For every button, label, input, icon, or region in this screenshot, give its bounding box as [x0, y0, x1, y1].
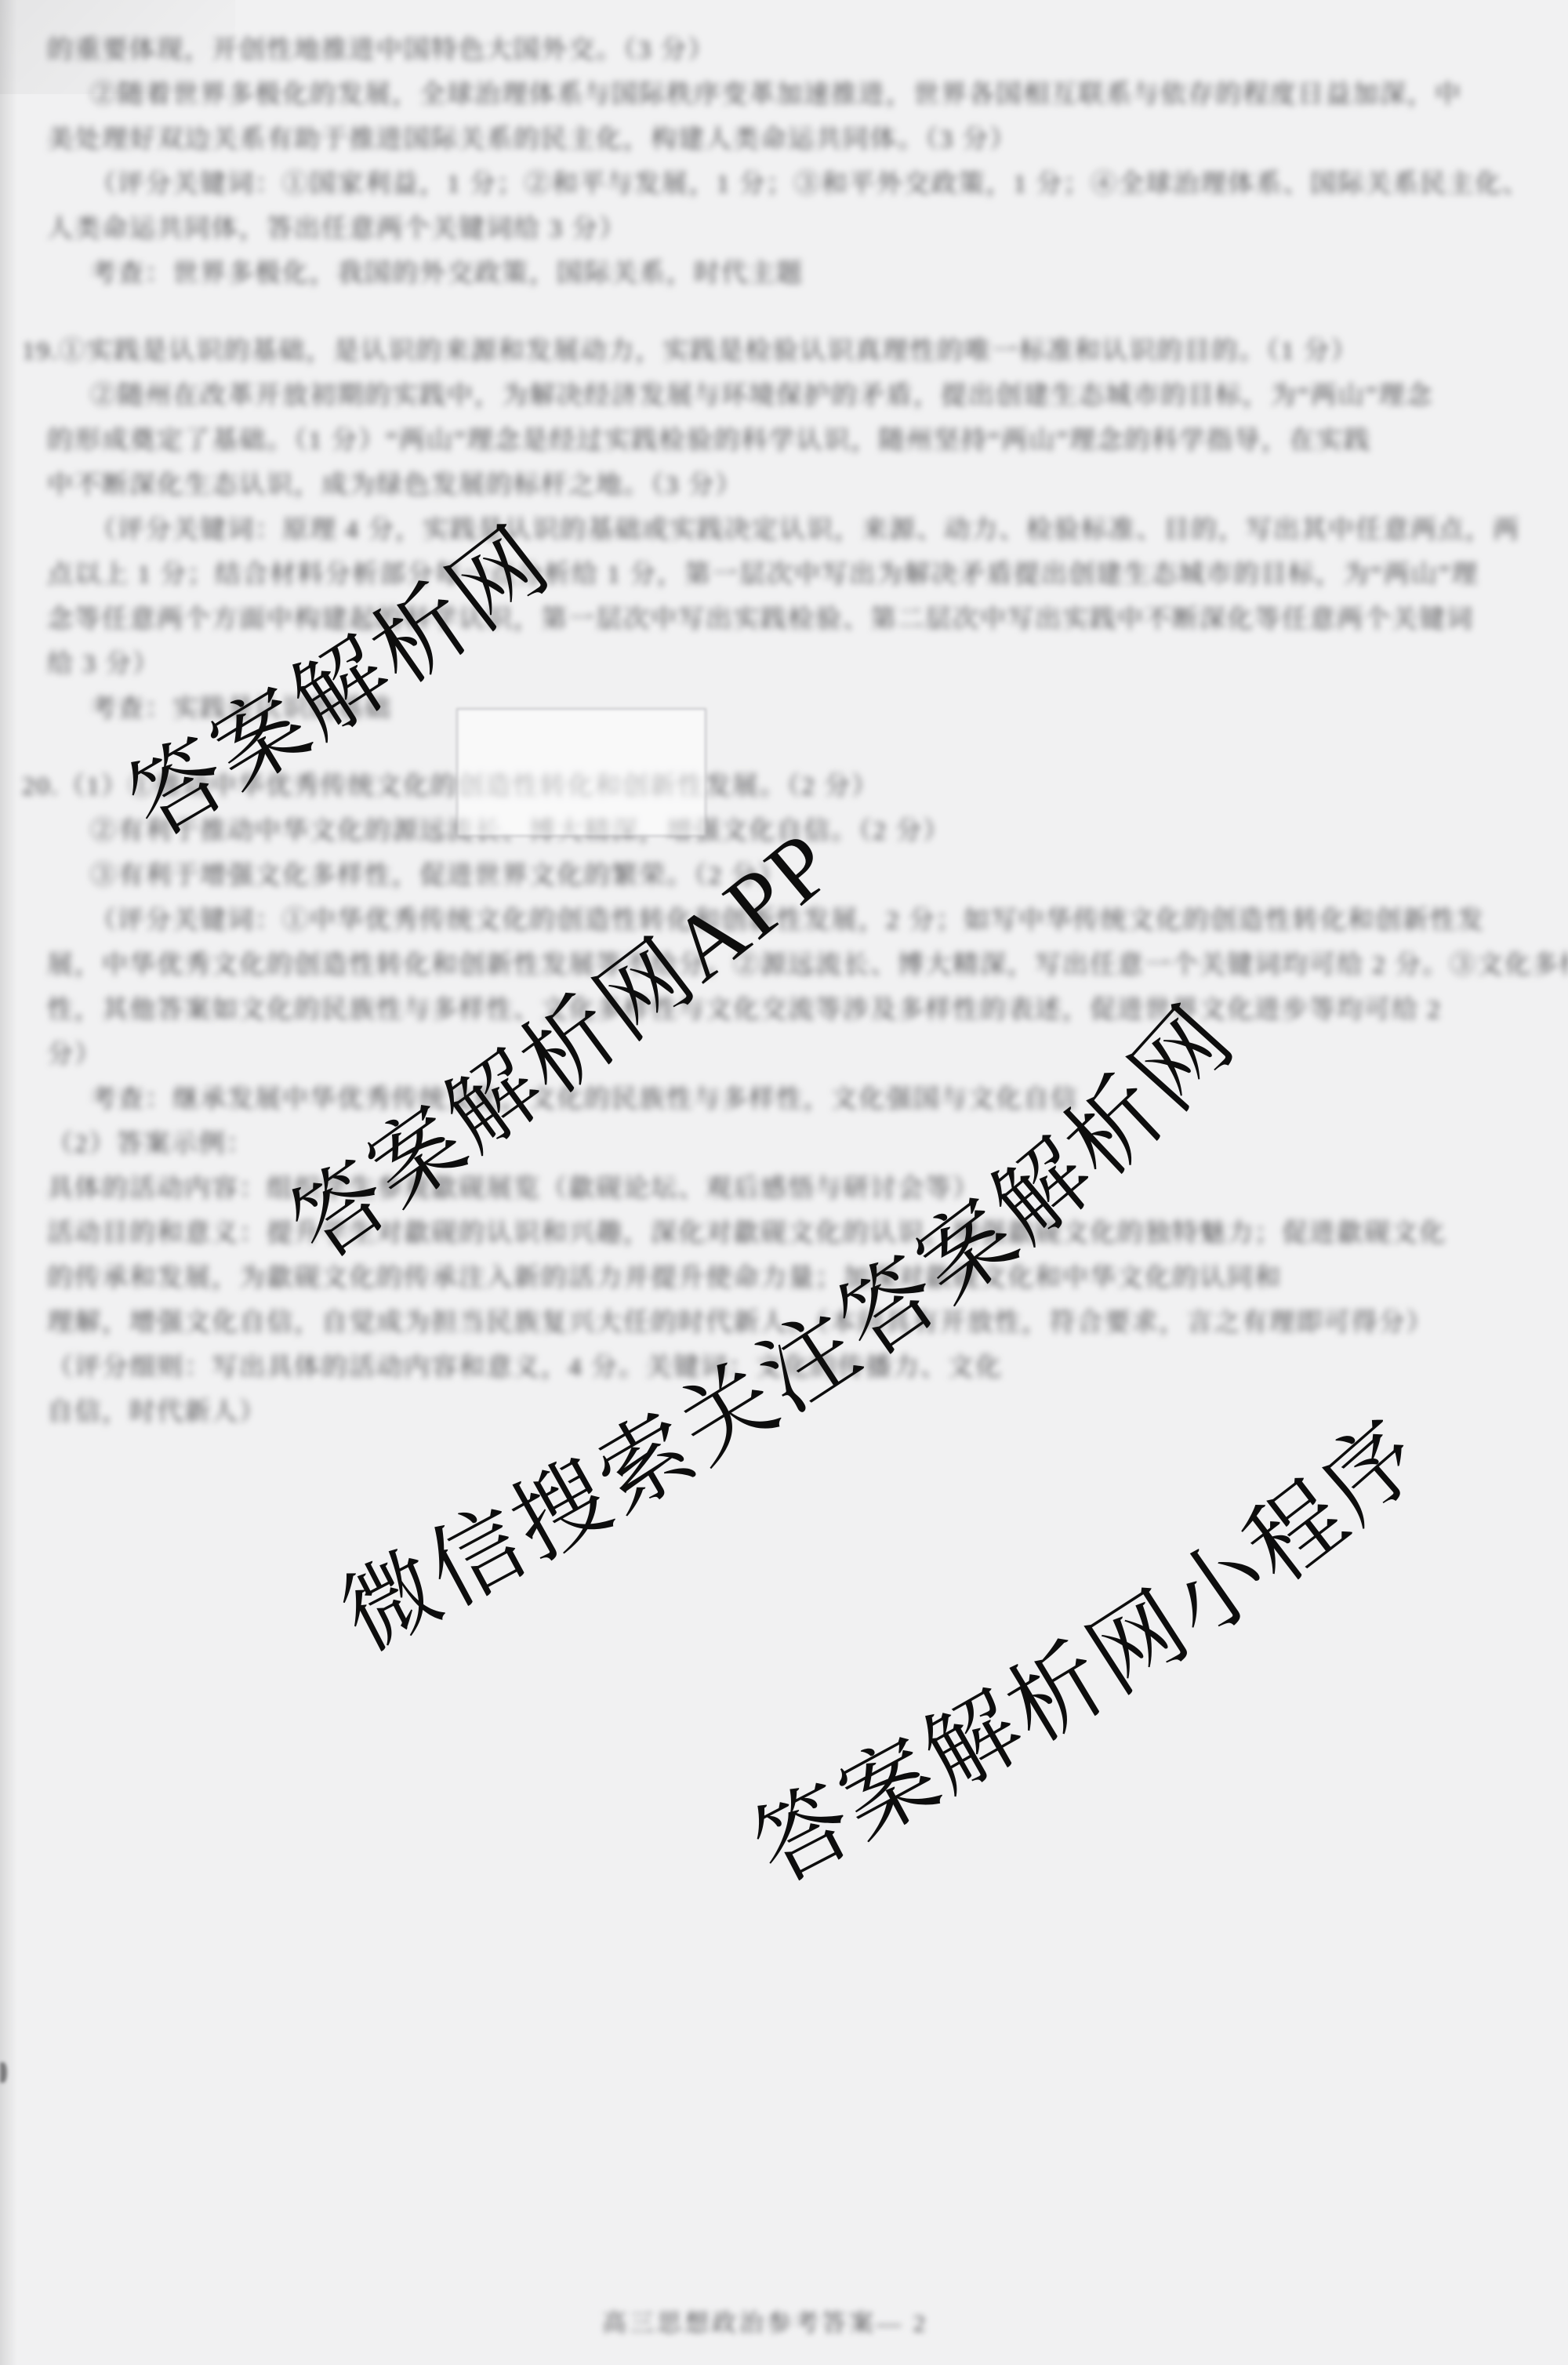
watermark-answer-site-mini-program: 答案解析网小程序 — [739, 1400, 1443, 1902]
watermark-answer-site-app: 答案解析网APP — [275, 812, 854, 1279]
scan-speck — [0, 2062, 7, 2083]
scanned-answer-page: 的重要体现，开创性地推进中国特色大国外交。（3 分） ②随着世界多极化的发展，全… — [0, 0, 1568, 2365]
watermark-answer-site: 答案解析网 — [112, 508, 568, 856]
watermark-layer: 答案解析网 答案解析网APP 微信搜索关注答案解析网 答案解析网小程序 — [0, 0, 1568, 2365]
